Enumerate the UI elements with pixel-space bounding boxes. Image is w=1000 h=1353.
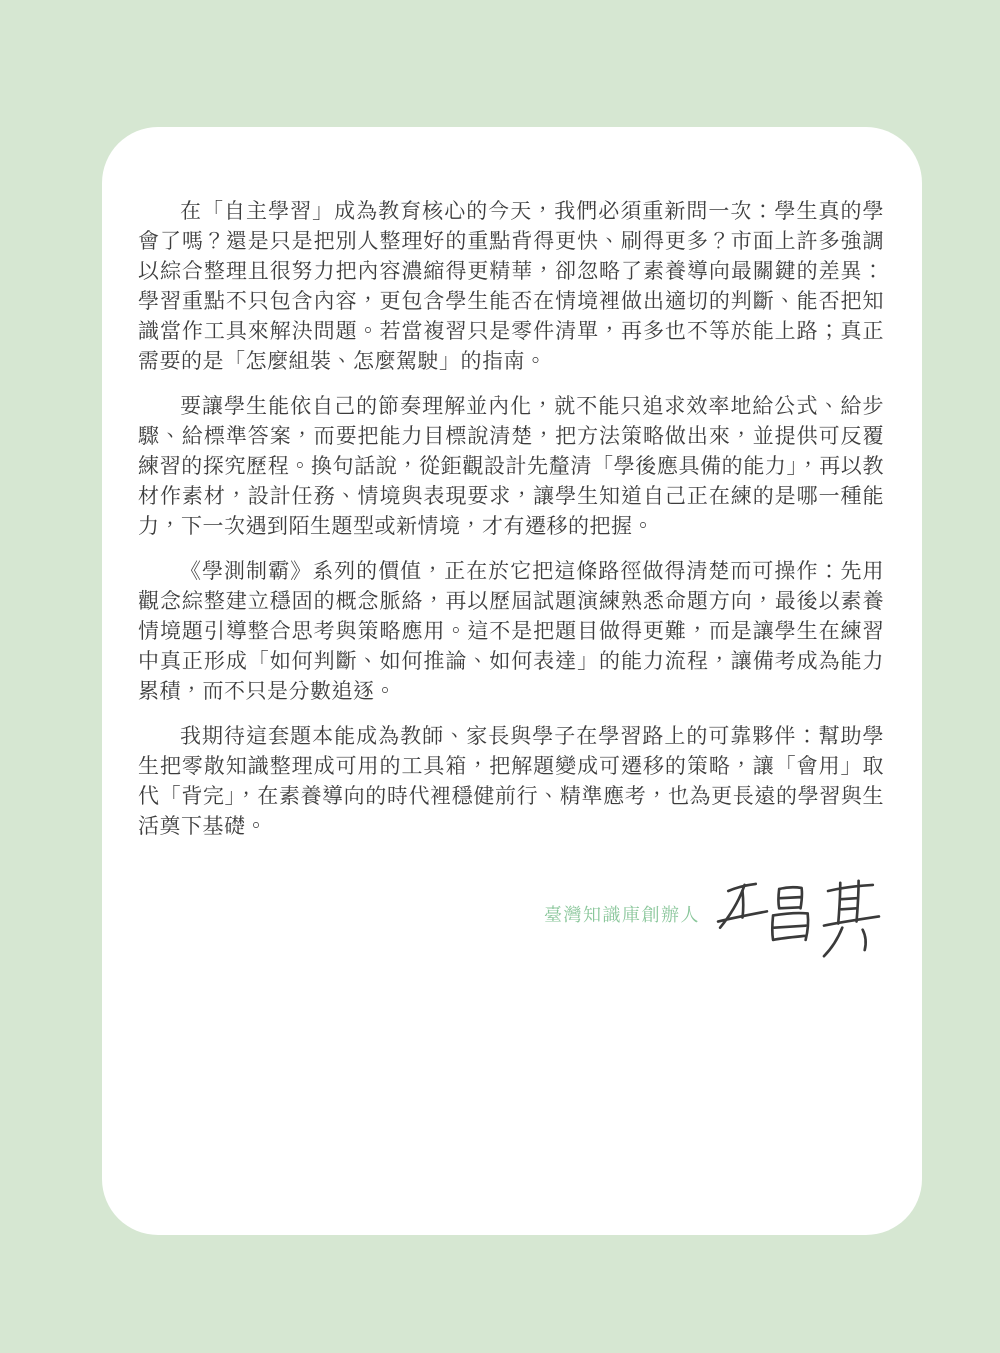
preface-paragraph: 我期待這套題本能成為教師、家長與學子在學習路上的可靠夥伴：幫助學生把零散知識整理… (138, 722, 884, 842)
signature-handwriting-icon (714, 874, 882, 962)
signature-block: 臺灣知識庫創辦人 (138, 874, 884, 962)
page-background: { "colors": { "bg": "#d6e7d2", "card": "… (0, 0, 1000, 1353)
preface-paragraph: 要讓學生能依自己的節奏理解並內化，就不能只追求效率地給公式、給步驟、給標準答案，… (138, 392, 884, 542)
preface-card: 在「自主學習」成為教育核心的今天，我們必須重新問一次：學生真的學會了嗎？還是只是… (102, 127, 922, 1235)
signature-title: 臺灣知識庫創辦人 (544, 901, 700, 927)
preface-paragraph: 在「自主學習」成為教育核心的今天，我們必須重新問一次：學生真的學會了嗎？還是只是… (138, 197, 884, 377)
preface-paragraph: 《學測制霸》系列的價值，正在於它把這條路徑做得清楚而可操作：先用觀念綜整建立穩固… (138, 557, 884, 707)
